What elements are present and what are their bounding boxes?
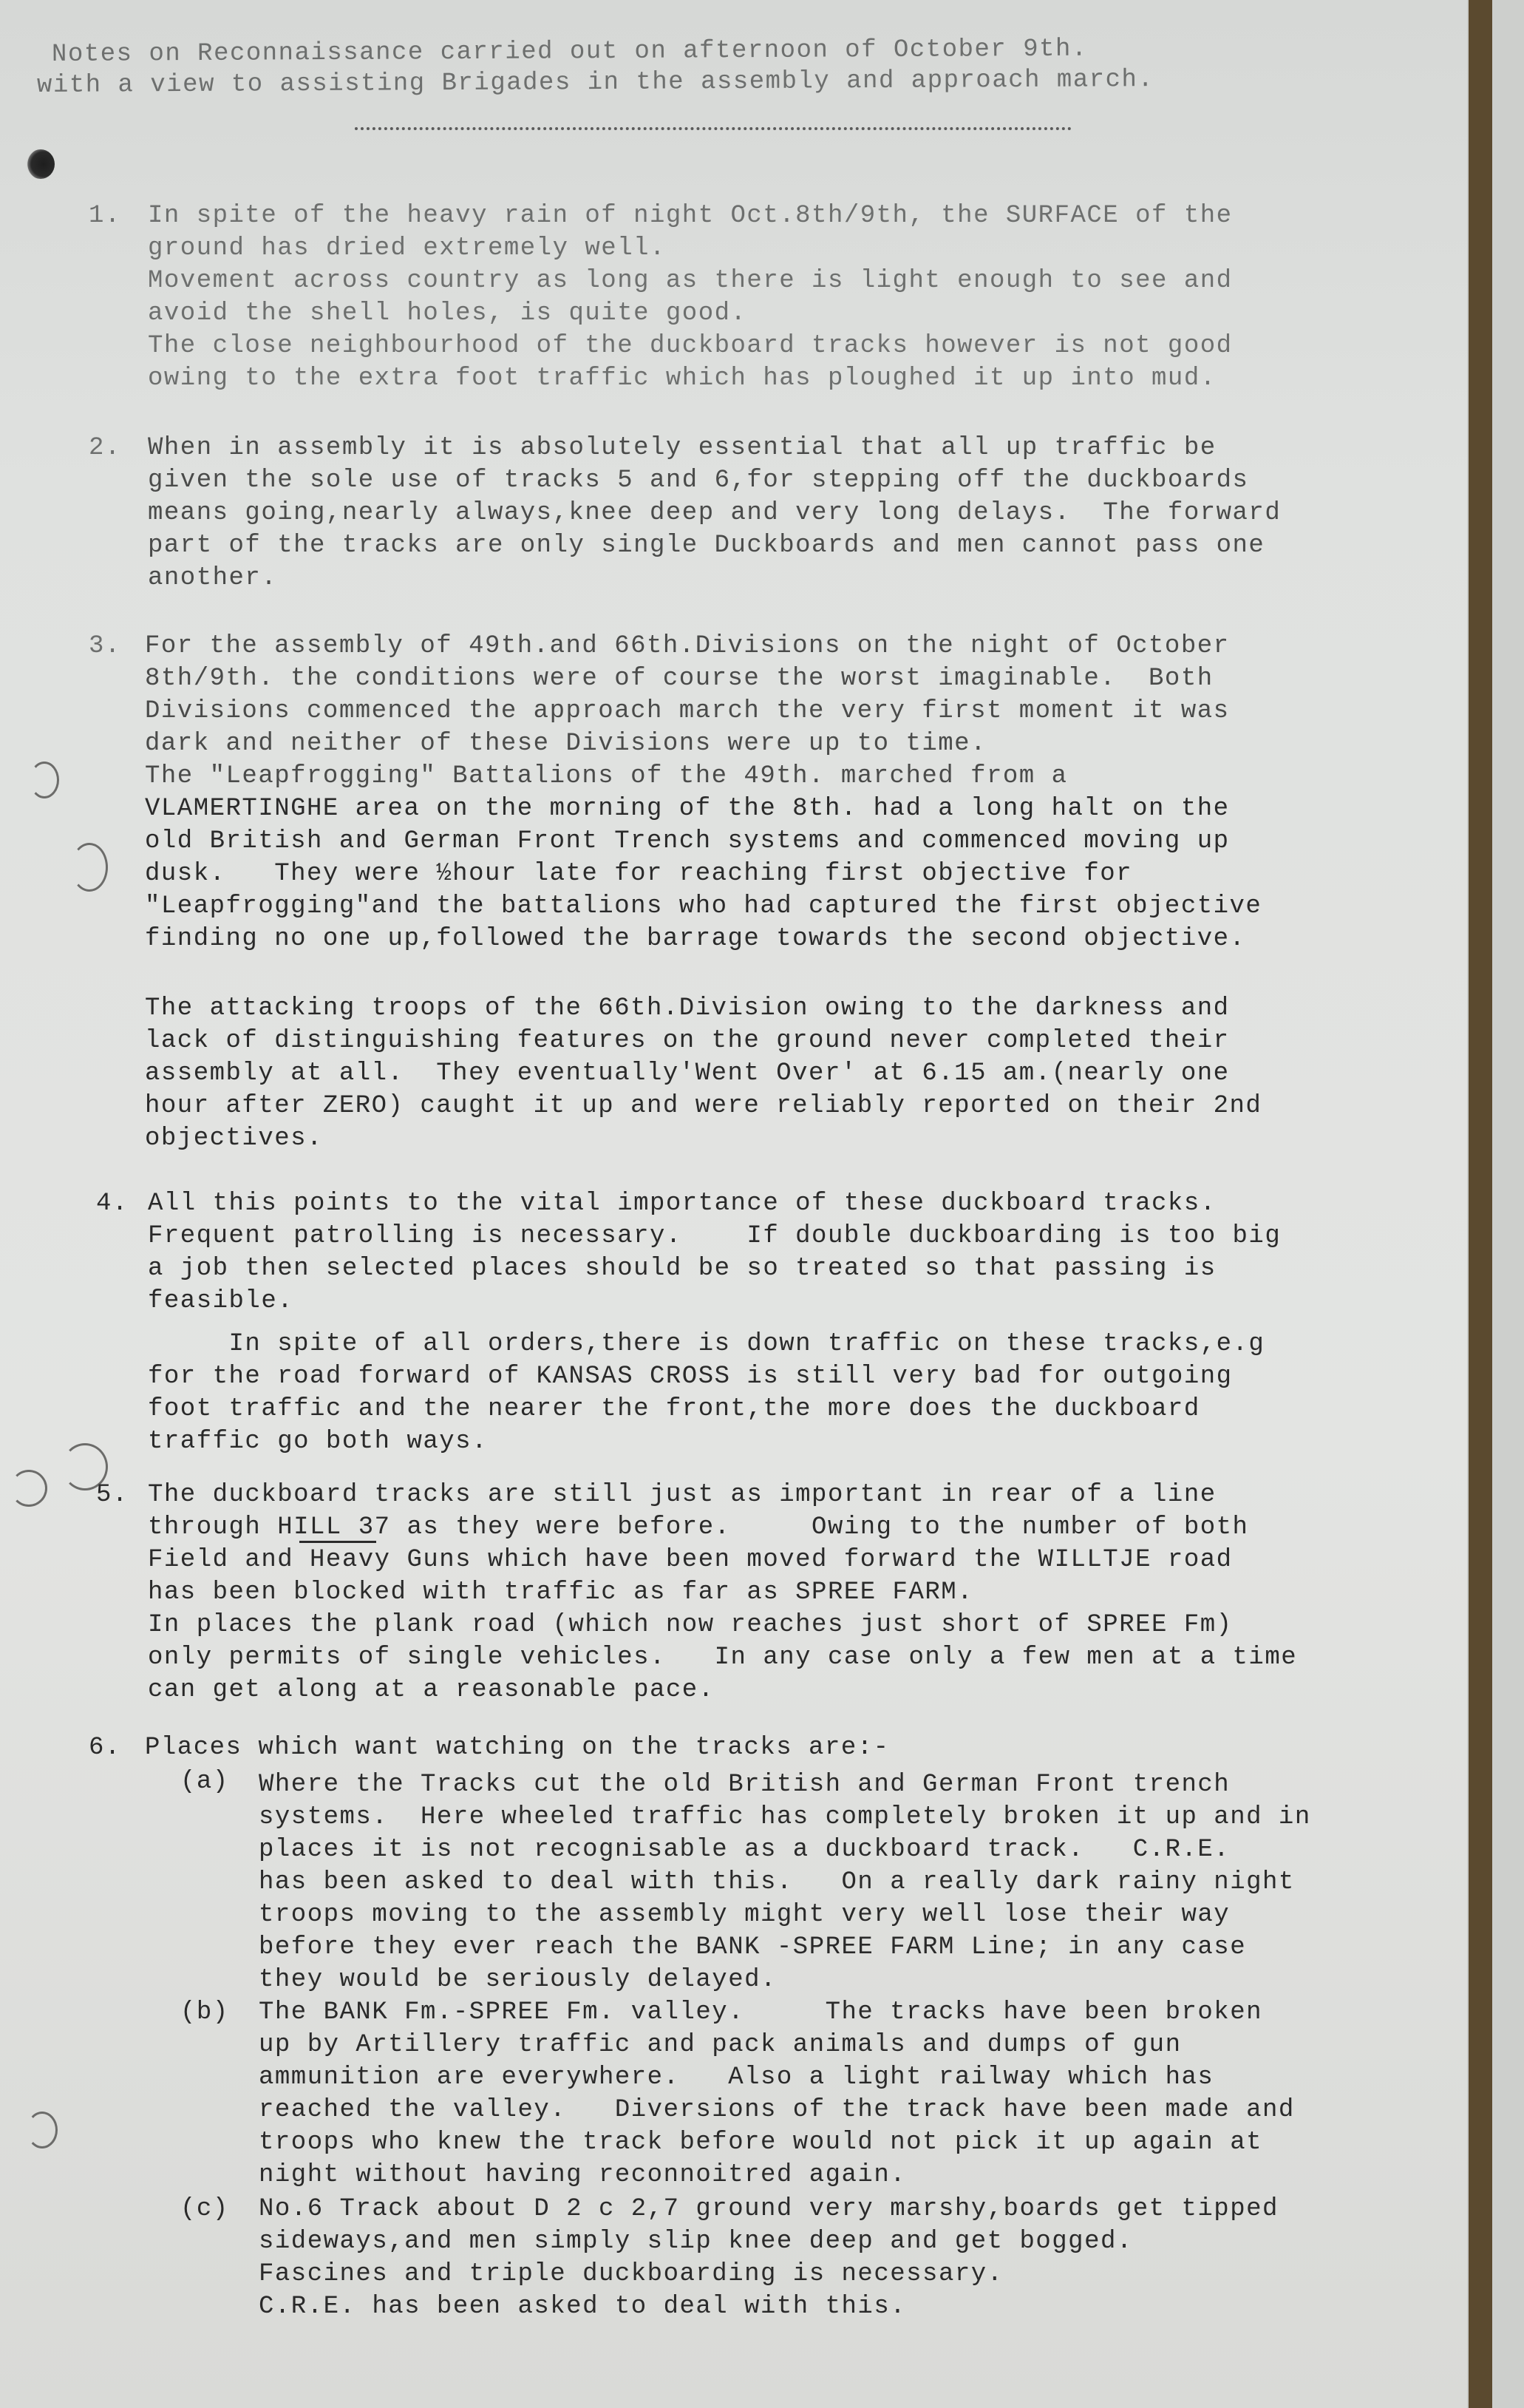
paragraph-1-number: 1. — [89, 200, 121, 232]
punch-hole-top — [27, 149, 55, 179]
paragraph-4-line: a job then selected places should be so … — [148, 1252, 1217, 1285]
item-b-line: ammunition are everywhere. Also a light … — [259, 2061, 1214, 2094]
paragraph-3-line: VLAMERTINGHE area on the morning of the … — [145, 793, 1230, 825]
item-b-line: night without having reconnoitred again. — [259, 2159, 906, 2191]
paragraph-4-continuation-line: traffic go both ways. — [148, 1425, 488, 1458]
item-a-line: has been asked to deal with this. On a r… — [259, 1866, 1295, 1899]
item-a-line: they would be seriously delayed. — [259, 1964, 777, 1996]
paragraph-3-continuation-line: hour after ZERO) caught it up and were r… — [145, 1090, 1262, 1122]
paragraph-5-line: Field and Heavy Guns which have been mov… — [148, 1544, 1233, 1576]
item-c-line: Fascines and triple duckboarding is nece… — [259, 2258, 1004, 2290]
paragraph-5-line: In places the plank road (which now reac… — [148, 1609, 1233, 1641]
paragraph-1-line: The close neighbourhood of the duckboard… — [148, 330, 1233, 362]
paragraph-4-line: Frequent patrolling is necessary. If dou… — [148, 1220, 1281, 1252]
item-c-line: sideways,and men simply slip knee deep a… — [259, 2225, 1133, 2258]
paragraph-2-line: means going,nearly always,knee deep and … — [148, 497, 1281, 529]
paragraph-4-continuation-line: for the road forward of KANSAS CROSS is … — [148, 1360, 1233, 1393]
paragraph-3-continuation-line: assembly at all. They eventually'Went Ov… — [145, 1057, 1230, 1090]
hill-underline — [299, 1541, 376, 1543]
item-a-line: systems. Here wheeled traffic has comple… — [259, 1801, 1311, 1834]
paragraph-5-number: 5. — [96, 1479, 129, 1511]
paragraph-3-line: finding no one up,followed the barrage t… — [145, 923, 1245, 955]
punch-hole-mark-2 — [71, 843, 108, 892]
item-a-line: places it is not recognisable as a duckb… — [259, 1834, 1230, 1866]
paragraph-4-continuation-line: foot traffic and the nearer the front,th… — [148, 1393, 1200, 1425]
paragraph-6-intro: Places which want watching on the tracks… — [145, 1732, 890, 1764]
underlying-page-edge — [1492, 0, 1524, 2408]
document-heading-line-2: with a view to assisting Brigades in the… — [37, 64, 1154, 102]
paragraph-2-line: part of the tracks are only single Duckb… — [148, 529, 1265, 562]
paragraph-3-continuation-line: lack of distinguishing features on the g… — [145, 1025, 1230, 1057]
punch-hole-mark-1 — [30, 762, 59, 798]
item-a-line: Where the Tracks cut the old British and… — [259, 1768, 1230, 1801]
item-a-line: before they ever reach the BANK -SPREE F… — [259, 1931, 1246, 1964]
paragraph-1-line: In spite of the heavy rain of night Oct.… — [148, 200, 1233, 232]
paragraph-3-line: The "Leapfrogging" Battalions of the 49t… — [145, 760, 1068, 793]
item-c-label: (c) — [180, 2193, 229, 2225]
paragraph-5-line: has been blocked with traffic as far as … — [148, 1576, 973, 1609]
punch-hole-mark-5 — [27, 2112, 58, 2148]
paragraph-3-continuation-line: The attacking troops of the 66th.Divisio… — [145, 992, 1230, 1025]
paragraph-3-line: 8th/9th. the conditions were of course t… — [145, 662, 1214, 695]
paragraph-3-number: 3. — [89, 630, 121, 662]
item-b-line: The BANK Fm.-SPREE Fm. valley. The track… — [259, 1996, 1262, 2029]
paragraph-4-continuation-line: In spite of all orders,there is down tra… — [148, 1328, 1265, 1360]
paragraph-3-line: dusk. They were ½hour late for reaching … — [145, 858, 1132, 890]
binder-edge — [1469, 0, 1492, 2408]
paragraph-3-line: For the assembly of 49th.and 66th.Divisi… — [145, 630, 1230, 662]
paragraph-3-line: dark and neither of these Divisions were… — [145, 728, 987, 760]
paragraph-5-line: can get along at a reasonable pace. — [148, 1674, 715, 1706]
paragraph-4-number: 4. — [96, 1187, 129, 1220]
paragraph-1-line: ground has dried extremely well. — [148, 232, 666, 265]
heading-divider — [355, 127, 1072, 130]
paragraph-5-line: The duckboard tracks are still just as i… — [148, 1479, 1217, 1511]
paragraph-2-number: 2. — [89, 432, 121, 464]
paragraph-2-line: given the sole use of tracks 5 and 6,for… — [148, 464, 1248, 497]
item-c-line: No.6 Track about D 2 c 2,7 ground very m… — [259, 2193, 1279, 2225]
item-a-label: (a) — [180, 1766, 229, 1798]
paragraph-6-number: 6. — [89, 1732, 121, 1764]
item-b-line: reached the valley. Diversions of the tr… — [259, 2094, 1295, 2126]
paragraph-1-line: Movement across country as long as there… — [148, 265, 1233, 297]
paragraph-2-line: When in assembly it is absolutely essent… — [148, 432, 1217, 464]
punch-hole-mark-4 — [10, 1470, 47, 1507]
item-b-line: troops who knew the track before would n… — [259, 2126, 1262, 2159]
paragraph-3-line: Divisions commenced the approach march t… — [145, 695, 1230, 728]
item-a-line: troops moving to the assembly might very… — [259, 1899, 1230, 1931]
paragraph-1-line: owing to the extra foot traffic which ha… — [148, 362, 1217, 395]
paragraph-3-line: "Leapfrogging"and the battalions who had… — [145, 890, 1262, 923]
paragraph-1-line: avoid the shell holes, is quite good. — [148, 297, 746, 330]
item-c-line: C.R.E. has been asked to deal with this. — [259, 2290, 906, 2323]
paragraph-3-continuation-line: objectives. — [145, 1122, 323, 1155]
item-b-line: up by Artillery traffic and pack animals… — [259, 2029, 1182, 2061]
item-b-label: (b) — [180, 1996, 229, 2029]
paragraph-2-line: another. — [148, 562, 277, 594]
paragraph-4-line: feasible. — [148, 1285, 293, 1317]
paragraph-5-line: only permits of single vehicles. In any … — [148, 1641, 1297, 1674]
paragraph-3-line: old British and German Front Trench syst… — [145, 825, 1230, 858]
paragraph-5-line: through HILL 37 as they were before. Owi… — [148, 1511, 1248, 1544]
paragraph-4-line: All this points to the vital importance … — [148, 1187, 1217, 1220]
